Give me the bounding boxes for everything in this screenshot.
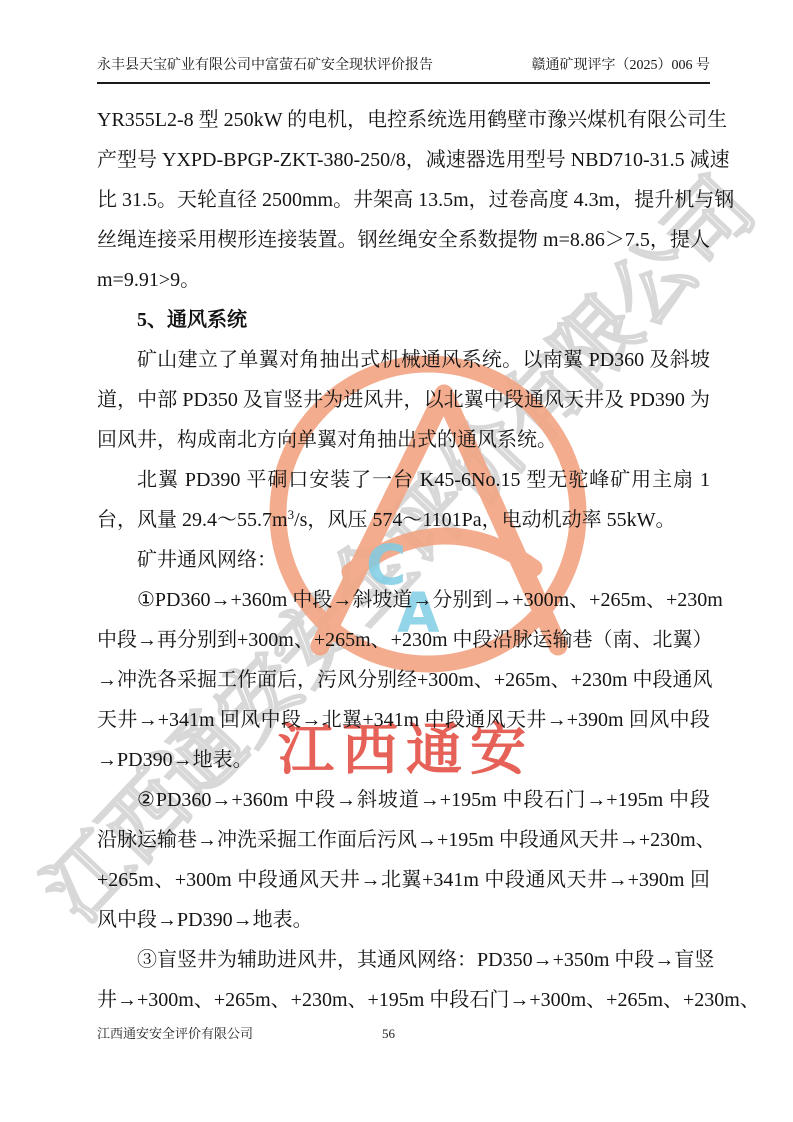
document-body: YR355L2-8 型 250kW 的电机，电控系统选用鹤壁市豫兴煤机有限公司生…: [97, 100, 710, 1020]
text-line: ③盲竖井为辅助进风井，其通风网络：PD350→+350m 中段→盲竖: [97, 940, 710, 980]
section-heading: 5、通风系统: [97, 300, 710, 340]
text-line: ①PD360→+360m 中段→斜坡道→分别到→+300m、+265m、+230…: [97, 580, 710, 620]
text-line: 矿井通风网络：: [97, 540, 710, 580]
text-line: ②PD360→+360m 中段→斜坡道→+195m 中段石门→+195m 中段: [97, 780, 710, 820]
text-line: 中段→再分别到+300m、+265m、+230m 中段沿脉运输巷（南、北翼）: [97, 620, 710, 660]
text-line: 井→+300m、+265m、+230m、+195m 中段石门→+300m、+26…: [97, 980, 710, 1020]
text-segment: /s，风压 574～1101Pa，电动机动率 55kW。: [294, 509, 675, 531]
text-segment: 台，风量 29.4～55.7m: [97, 509, 288, 531]
text-line: 沿脉运输巷→冲洗采掘工作面后污风→+195m 中段通风天井→+230m、: [97, 820, 710, 860]
document-page: 江西通安安全评价有限公司 C A 江西通安 永丰县天宝矿业有限公司中富萤石矿安全…: [0, 0, 793, 1122]
text-line: 丝绳连接采用楔形连接装置。钢丝绳安全系数提物 m=8.86＞7.5，提人: [97, 220, 710, 260]
header-document-number: 赣通矿现评字（2025）006 号: [532, 57, 711, 75]
text-line: 台，风量 29.4～55.7m3/s，风压 574～1101Pa，电动机动率 5…: [97, 500, 710, 540]
text-line: →冲洗各采掘工作面后，污风分别经+300m、+265m、+230m 中段通风: [97, 660, 710, 700]
page-header: 永丰县天宝矿业有限公司中富萤石矿安全现状评价报告 赣通矿现评字（2025）006…: [97, 57, 710, 84]
text-line: m=9.91>9。: [97, 260, 710, 300]
text-line: 产型号 YXPD-BPGP-ZKT-380-250/8，减速器选用型号 NBD7…: [97, 140, 710, 180]
page-footer: 江西通安安全评价有限公司 56: [97, 1026, 710, 1042]
text-line: 天井→+341m 回风中段→北翼+341m 中段通风天井→+390m 回风中段: [97, 700, 710, 740]
text-line: 风中段→PD390→地表。: [97, 900, 710, 940]
text-line: →PD390→地表。: [97, 740, 710, 780]
text-line: 回风井，构成南北方向单翼对角抽出式的通风系统。: [97, 420, 710, 460]
text-line: 矿山建立了单翼对角抽出式机械通风系统。以南翼 PD360 及斜坡: [97, 340, 710, 380]
text-line: +265m、+300m 中段通风天井→北翼+341m 中段通风天井→+390m …: [97, 860, 710, 900]
text-line: 道，中部 PD350 及盲竖井为进风井，以北翼中段通风天井及 PD390 为: [97, 380, 710, 420]
text-line: YR355L2-8 型 250kW 的电机，电控系统选用鹤壁市豫兴煤机有限公司生: [97, 100, 710, 140]
text-line: 北翼 PD390 平硐口安装了一台 K45-6No.15 型无驼峰矿用主扇 1: [97, 460, 710, 500]
header-report-title: 永丰县天宝矿业有限公司中富萤石矿安全现状评价报告: [97, 57, 433, 75]
page-number: 56: [97, 1026, 680, 1042]
text-line: 比 31.5。天轮直径 2500mm。井架高 13.5m，过卷高度 4.3m，提…: [97, 180, 710, 220]
